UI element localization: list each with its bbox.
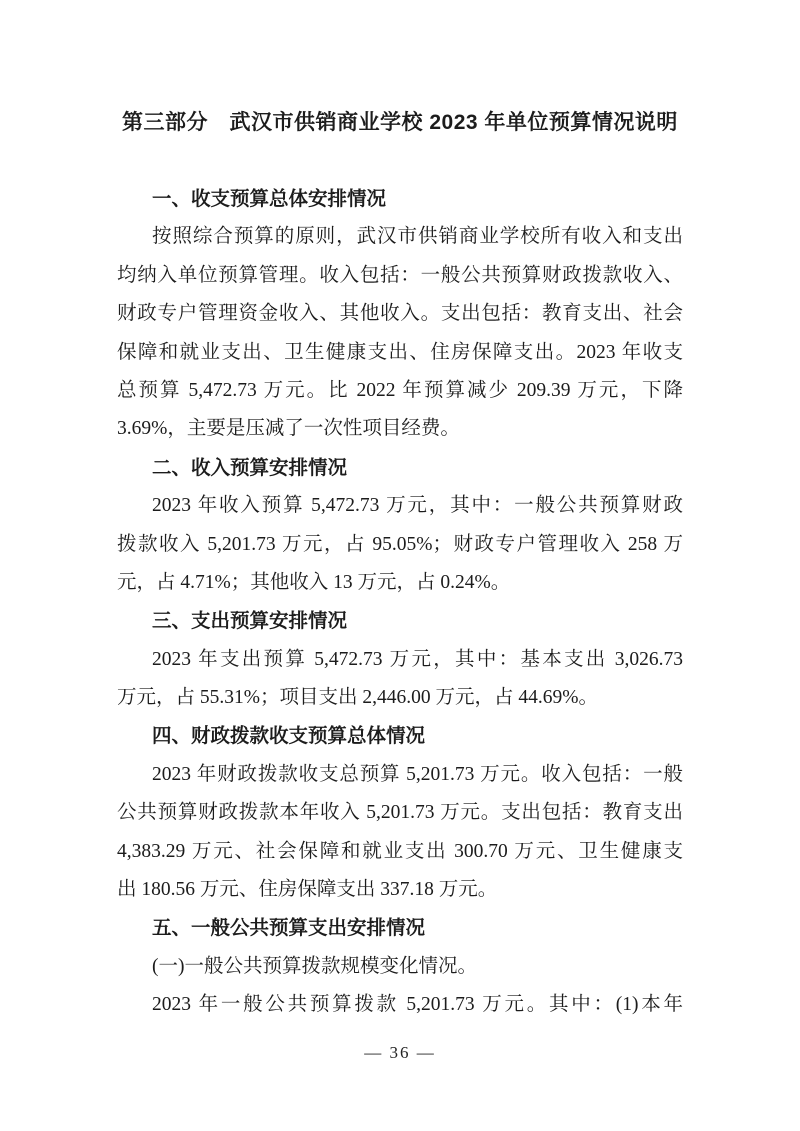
section-heading: 四、财政拨款收支预算总体情况 — [117, 717, 683, 755]
text-line: 公共预算财政拨款本年收入 5,201.73 万元。支出包括：教育支出 — [117, 794, 683, 832]
text-line: 2023 年一般公共预算拨款 5,201.73 万元。其中：(1)本年 — [117, 986, 683, 1024]
text-line: 出 180.56 万元、住房保障支出 337.18 万元。 — [117, 871, 683, 909]
text-line: 总预算 5,472.73 万元。比 2022 年预算减少 209.39 万元，下… — [117, 372, 683, 410]
text-line: 按照综合预算的原则，武汉市供销商业学校所有收入和支出 — [117, 218, 683, 256]
text-line: 2023 年财政拨款收支总预算 5,201.73 万元。收入包括：一般 — [117, 756, 683, 794]
page-title: 第三部分 武汉市供销商业学校 2023 年单位预算情况说明 — [0, 106, 800, 136]
section-heading: 二、收入预算安排情况 — [117, 449, 683, 487]
section-heading: 三、支出预算安排情况 — [117, 602, 683, 640]
text-line: 2023 年支出预算 5,472.73 万元，其中：基本支出 3,026.73 — [117, 641, 683, 679]
text-line: (一)一般公共预算拨款规模变化情况。 — [117, 948, 683, 986]
text-line: 4,383.29 万元、社会保障和就业支出 300.70 万元、卫生健康支 — [117, 833, 683, 871]
text-line: 万元，占 55.31%；项目支出 2,446.00 万元，占 44.69%。 — [117, 679, 683, 717]
page-number: — 36 — — [0, 1040, 800, 1066]
text-line: 拨款收入 5,201.73 万元，占 95.05%；财政专户管理收入 258 万 — [117, 526, 683, 564]
text-line: 财政专户管理资金收入、其他收入。支出包括：教育支出、社会 — [117, 295, 683, 333]
document-body: 一、收支预算总体安排情况按照综合预算的原则，武汉市供销商业学校所有收入和支出均纳… — [117, 180, 683, 1025]
text-line: 保障和就业支出、卫生健康支出、住房保障支出。2023 年收支 — [117, 334, 683, 372]
section-heading: 五、一般公共预算支出安排情况 — [117, 909, 683, 947]
text-line: 2023 年收入预算 5,472.73 万元，其中：一般公共预算财政 — [117, 487, 683, 525]
section-heading: 一、收支预算总体安排情况 — [117, 180, 683, 218]
text-line: 均纳入单位预算管理。收入包括：一般公共预算财政拨款收入、 — [117, 257, 683, 295]
text-line: 3.69%，主要是压减了一次性项目经费。 — [117, 410, 683, 448]
document-page: 第三部分 武汉市供销商业学校 2023 年单位预算情况说明 一、收支预算总体安排… — [0, 0, 800, 1131]
text-line: 元，占 4.71%；其他收入 13 万元，占 0.24%。 — [117, 564, 683, 602]
